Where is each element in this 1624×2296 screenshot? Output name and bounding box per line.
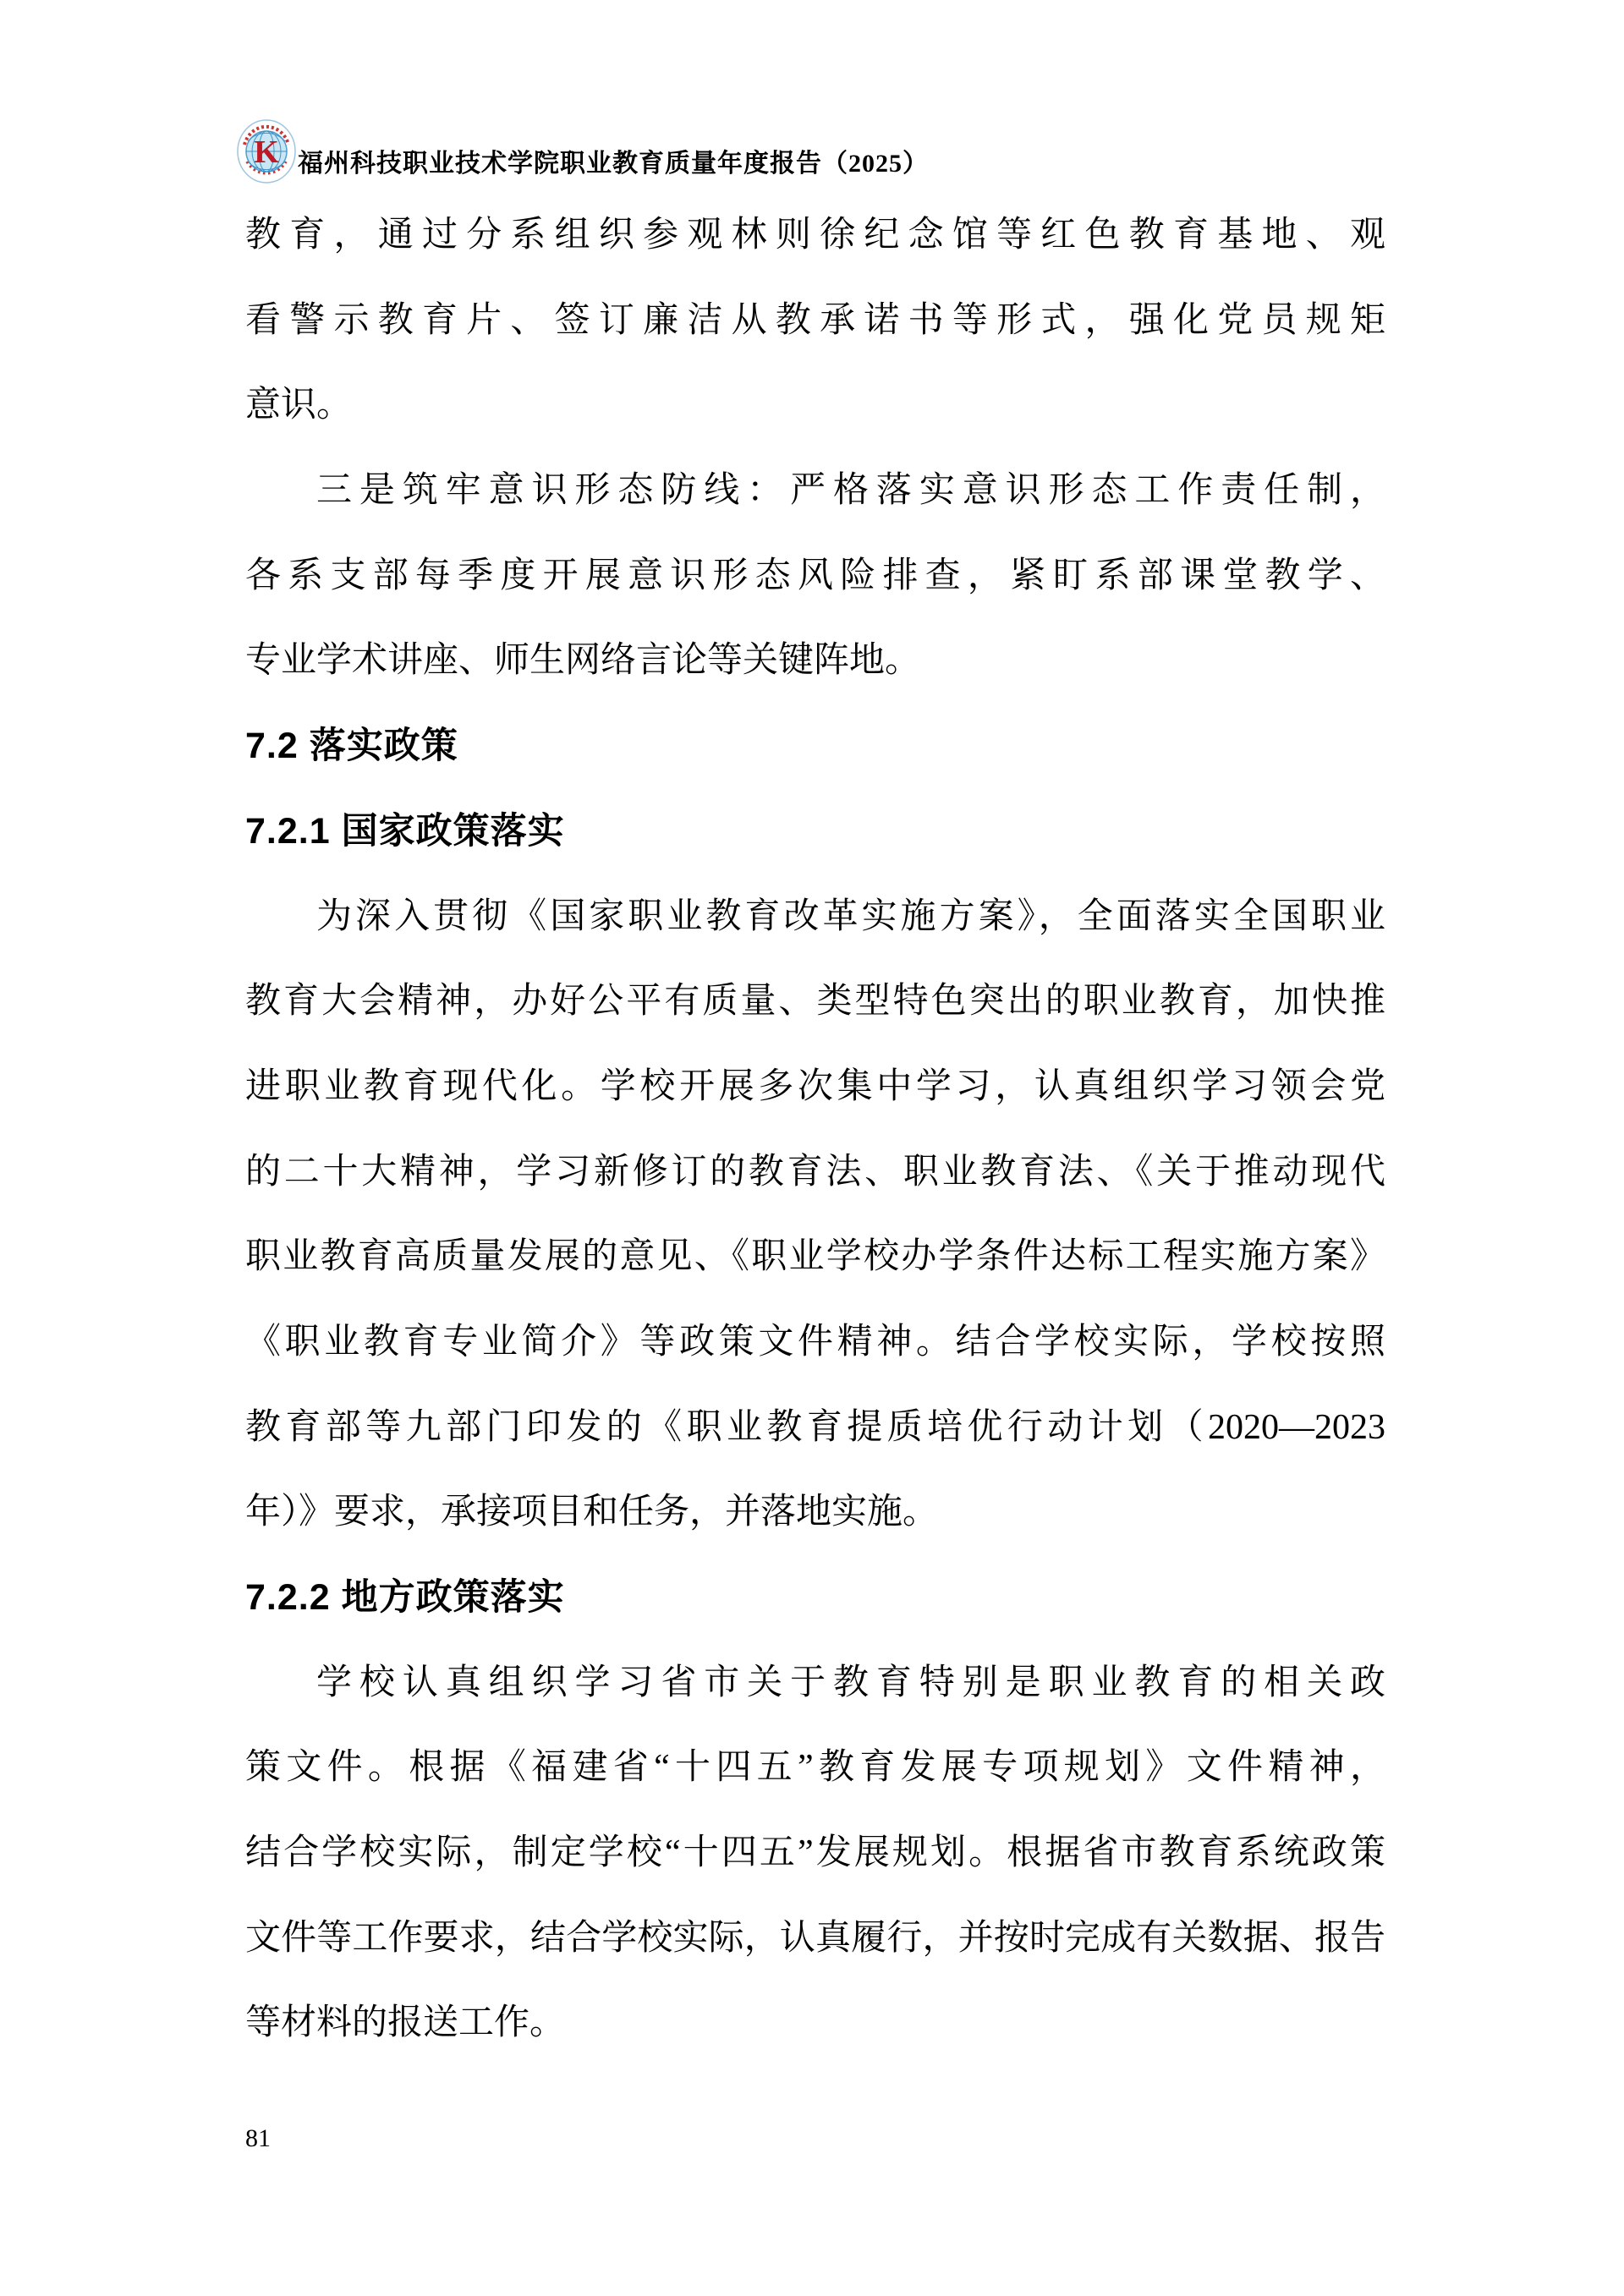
text-line: 教育大会精神，办好公平有质量、类型特色突出的职业教育，加快推 xyxy=(245,959,1385,1044)
text-line: 学校认真组织学习省市关于教育特别是职业教育的相关政 xyxy=(245,1641,1385,1726)
text-line: 教育，通过分系组织参观林则徐纪念馆等红色教育基地、观 xyxy=(245,193,1385,278)
section-heading-7-2-1: 7.2.1 国家政策落实 xyxy=(245,789,1385,874)
text-line: 结合学校实际，制定学校“十四五”发展规划。根据省市教育系统政策 xyxy=(245,1811,1385,1896)
text-line: 各系支部每季度开展意识形态风险排查，紧盯系部课堂教学、 xyxy=(245,534,1385,619)
text-line: 《职业教育专业简介》等政策文件精神。结合学校实际，学校按照 xyxy=(245,1300,1385,1385)
school-logo-icon: K xyxy=(237,119,296,184)
text-line: 意识。 xyxy=(245,363,1385,448)
text-line: 进职业教育现代化。学校开展多次集中学习，认真组织学习领会党 xyxy=(245,1044,1385,1130)
document-body: 教育，通过分系组织参观林则徐纪念馆等红色教育基地、观 看警示教育片、签订廉洁从教… xyxy=(245,193,1385,2066)
section-heading-7-2: 7.2 落实政策 xyxy=(245,704,1385,789)
text-line: 专业学术讲座、师生网络言论等关键阵地。 xyxy=(245,618,1385,704)
text-line: 等材料的报送工作。 xyxy=(245,1981,1385,2066)
text-line: 策文件。根据《福建省“十四五”教育发展专项规划》文件精神， xyxy=(245,1725,1385,1811)
text-line: 年）》要求，承接项目和任务，并落地实施。 xyxy=(245,1470,1385,1555)
page-number: 81 xyxy=(245,2124,271,2153)
logo-letter: K xyxy=(254,134,279,170)
text-line: 教育部等九部门印发的《职业教育提质培优行动计划（2020—2023 xyxy=(245,1385,1385,1471)
text-line: 看警示教育片、签订廉洁从教承诺书等形式，强化党员规矩 xyxy=(245,278,1385,364)
text-line: 职业教育高质量发展的意见、《职业学校办学条件达标工程实施方案》 xyxy=(245,1214,1385,1300)
text-line: 为深入贯彻《国家职业教育改革实施方案》，全面落实全国职业 xyxy=(245,874,1385,960)
document-page: K 福州科技职业技术学院职业教育质量年度报告（2025） 教育，通过分系组织参观… xyxy=(0,0,1624,2296)
text-line: 三是筑牢意识形态防线：严格落实意识形态工作责任制， xyxy=(245,448,1385,534)
text-line: 的二十大精神，学习新修订的教育法、职业教育法、《关于推动现代 xyxy=(245,1130,1385,1215)
section-heading-7-2-2: 7.2.2 地方政策落实 xyxy=(245,1555,1385,1641)
report-header-title: 福州科技职业技术学院职业教育质量年度报告（2025） xyxy=(298,142,929,179)
text-line: 文件等工作要求，结合学校实际，认真履行，并按时完成有关数据、报告 xyxy=(245,1896,1385,1981)
